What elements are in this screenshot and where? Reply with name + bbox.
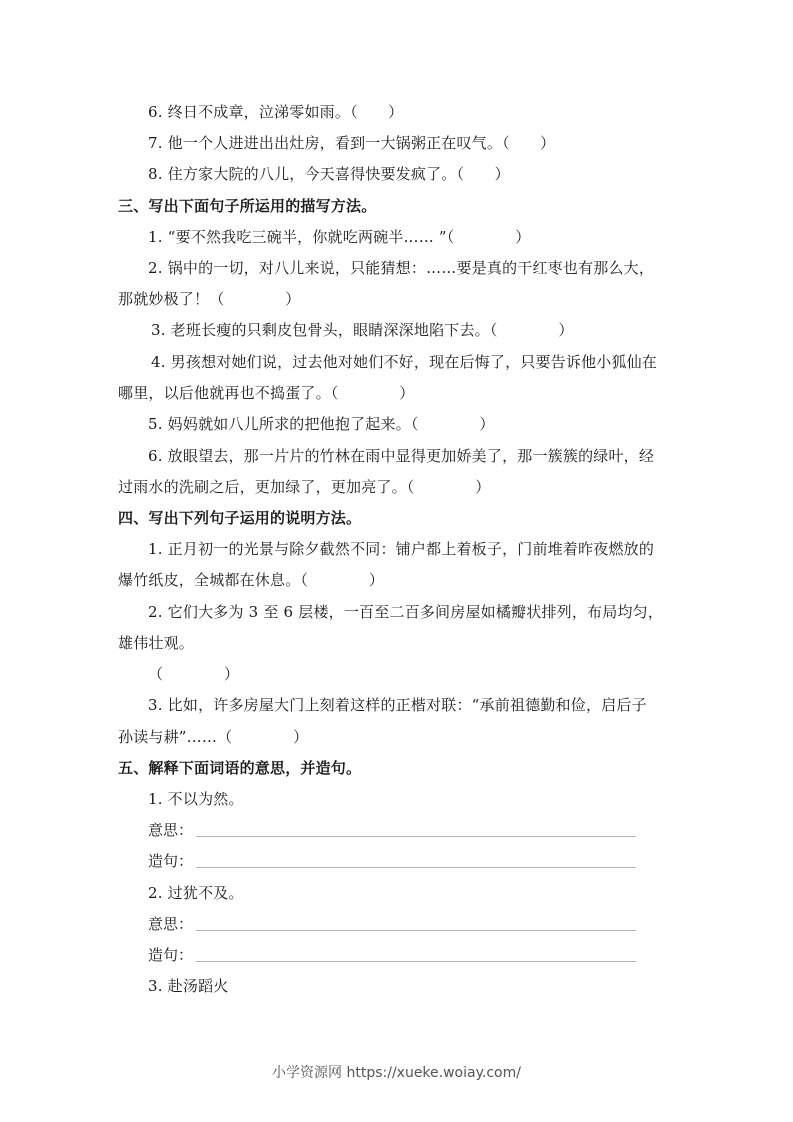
answer-blank[interactable]: （ ） [148, 664, 239, 684]
question-item: 5. 妈妈就如八儿所求的把他抱了起来。（ ） [148, 414, 495, 434]
question-item: 1. 正月初一的光景与除夕截然不同：铺户都上着板子，门前堆着昨夜燃放的 [148, 539, 654, 559]
question-item: 6. 放眼望去，那一片片的竹林在雨中显得更加娇美了，那一簇簇的绿叶，经 [148, 446, 654, 466]
sentence-label: 造句： [148, 851, 193, 871]
meaning-label: 意思： [148, 914, 193, 934]
meaning-answer-line[interactable] [196, 836, 636, 837]
question-item: 3. 比如，许多房屋大门上刻着这样的正楷对联：“承前祖德勤和俭，启后子 [148, 695, 647, 715]
section-heading: 四、写出下列句子运用的说明方法。 [118, 508, 361, 528]
question-item: 1. “要不然我吃三碗半，你就吃两碗半…… ”（ ） [148, 227, 531, 247]
meaning-field-2[interactable]: 意思： [148, 914, 636, 934]
sentence-field-2[interactable]: 造句： [148, 945, 636, 965]
question-item-continued: 孙读与耕”……（ ） [118, 727, 308, 747]
sentence-answer-line[interactable] [196, 961, 636, 962]
vocab-word: 2. 过犹不及。 [148, 883, 244, 903]
vocab-word: 3. 赴汤蹈火 [148, 976, 228, 996]
sentence-label: 造句： [148, 945, 193, 965]
sentence-field-1[interactable]: 造句： [148, 851, 636, 871]
question-item: 2. 它们大多为 3 至 6 层楼，一百至二百多间房屋如橘瓣状排列，布局均匀， [148, 602, 663, 622]
question-item-continued: 雄伟壮观。 [118, 633, 194, 653]
question-item: 7. 他一个人进进出出灶房，看到一大锅粥正在叹气。（ ） [148, 133, 555, 153]
question-item-continued: 过雨水的洗刷之后，更加绿了，更加亮了。（ ） [118, 477, 491, 497]
footer-watermark: 小学资源网 https://xueke.woiay.com/ [0, 1062, 793, 1082]
sentence-answer-line[interactable] [196, 867, 636, 868]
question-item: 3. 老班长瘦的只剩皮包骨头，眼睛深深地陷下去。（ ） [151, 320, 574, 340]
section-heading: 三、写出下面句子所运用的描写方法。 [118, 196, 376, 216]
question-item: 8. 住方家大院的八儿，今天喜得快要发疯了。（ ） [148, 164, 510, 184]
question-item-continued: 爆竹纸皮，全城都在休息。（ ） [118, 570, 384, 590]
question-item-continued: 哪里，以后他就再也不捣蛋了。（ ） [118, 383, 415, 403]
meaning-label: 意思： [148, 820, 193, 840]
section-heading: 五、解释下面词语的意思，并造句。 [118, 758, 361, 778]
question-item: 2. 锅中的一切，对八儿来说，只能猜想：……要是真的干红枣也有那么大， [148, 258, 654, 278]
meaning-answer-line[interactable] [196, 930, 636, 931]
meaning-field-1[interactable]: 意思： [148, 820, 636, 840]
question-item: 4. 男孩想对她们说，过去他对她们不好，现在后悔了，只要告诉他小狐仙在 [151, 352, 657, 372]
vocab-word: 1. 不以为然。 [148, 789, 244, 809]
question-item-continued: 那就妙极了！（ ） [118, 289, 300, 309]
question-item: 6. 终日不成章，泣涕零如雨。（ ） [148, 102, 403, 122]
